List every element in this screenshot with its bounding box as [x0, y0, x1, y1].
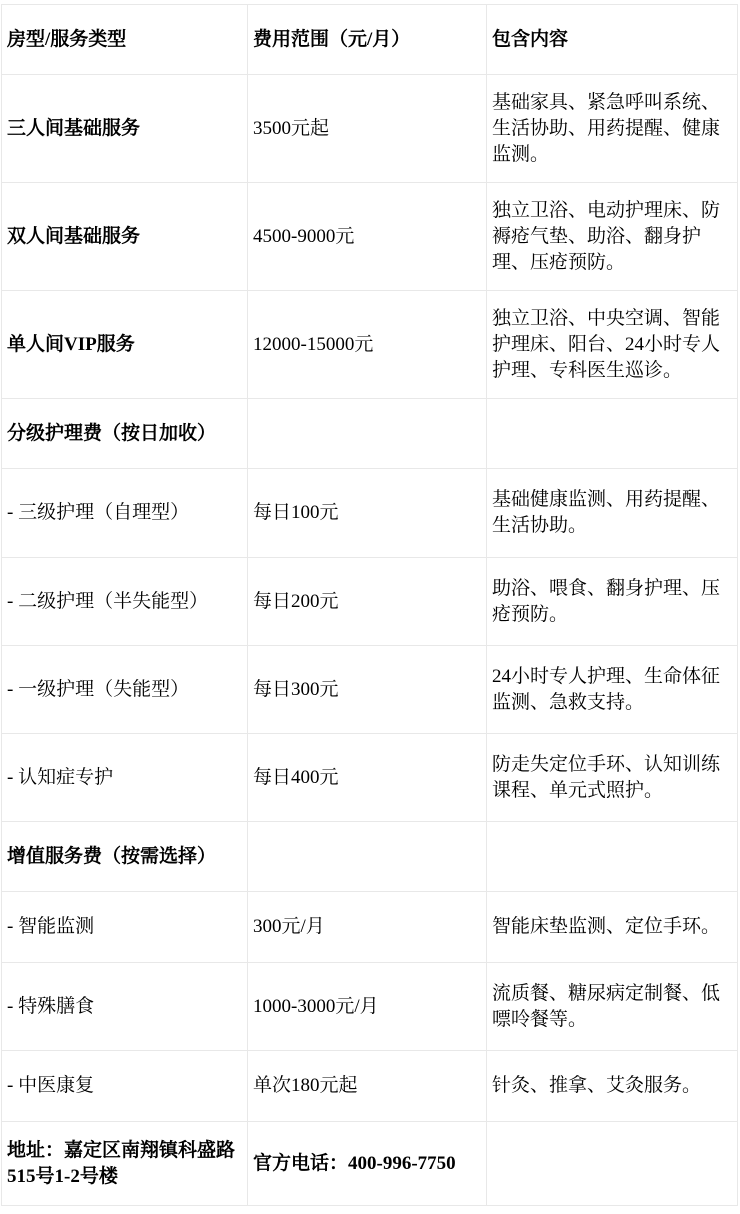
table-row: 三人间基础服务 3500元起 基础家具、紧急呼叫系统、生活协助、用药提醒、健康监… [2, 75, 738, 183]
room-type-cell: - 特殊膳食 [2, 963, 248, 1051]
content-cell: 防走失定位手环、认知训练课程、单元式照护。 [487, 734, 738, 822]
room-type-cell: - 一级护理（失能型） [2, 646, 248, 734]
table-row: 单人间VIP服务 12000-15000元 独立卫浴、中央空调、智能护理床、阳台… [2, 291, 738, 399]
table-row: - 特殊膳食 1000-3000元/月 流质餐、糖尿病定制餐、低嘌呤餐等。 [2, 963, 738, 1051]
price-cell: 每日300元 [248, 646, 487, 734]
header-price-range: 费用范围（元/月） [248, 5, 487, 75]
room-type-cell: - 三级护理（自理型） [2, 469, 248, 558]
content-cell [487, 399, 738, 469]
pricing-page: 房型/服务类型 费用范围（元/月） 包含内容 三人间基础服务 3500元起 基础… [0, 0, 740, 1214]
content-cell: 24小时专人护理、生命体征监测、急救支持。 [487, 646, 738, 734]
room-type-cell: - 认知症专护 [2, 734, 248, 822]
room-type-cell: 三人间基础服务 [2, 75, 248, 183]
content-cell: 独立卫浴、中央空调、智能护理床、阳台、24小时专人护理、专科医生巡诊。 [487, 291, 738, 399]
content-cell: 基础健康监测、用药提醒、生活协助。 [487, 469, 738, 558]
phone-cell: 官方电话：400-996-7750 [248, 1122, 487, 1206]
header-room-type: 房型/服务类型 [2, 5, 248, 75]
footer-row: 地址：嘉定区南翔镇科盛路515号1-2号楼 官方电话：400-996-7750 [2, 1122, 738, 1206]
price-cell [248, 399, 487, 469]
content-cell: 基础家具、紧急呼叫系统、生活协助、用药提醒、健康监测。 [487, 75, 738, 183]
room-type-cell: - 智能监测 [2, 892, 248, 963]
price-cell: 每日200元 [248, 558, 487, 646]
room-type-cell: - 二级护理（半失能型） [2, 558, 248, 646]
header-included-content: 包含内容 [487, 5, 738, 75]
table-header-row: 房型/服务类型 费用范围（元/月） 包含内容 [2, 5, 738, 75]
price-cell: 300元/月 [248, 892, 487, 963]
room-type-cell: - 中医康复 [2, 1051, 248, 1122]
content-cell [487, 1122, 738, 1206]
table-row: - 中医康复 单次180元起 针灸、推拿、艾灸服务。 [2, 1051, 738, 1122]
table-row: - 智能监测 300元/月 智能床垫监测、定位手环。 [2, 892, 738, 963]
price-cell: 12000-15000元 [248, 291, 487, 399]
table-row: 双人间基础服务 4500-9000元 独立卫浴、电动护理床、防褥疮气垫、助浴、翻… [2, 183, 738, 291]
content-cell: 流质餐、糖尿病定制餐、低嘌呤餐等。 [487, 963, 738, 1051]
price-cell: 每日400元 [248, 734, 487, 822]
content-cell: 智能床垫监测、定位手环。 [487, 892, 738, 963]
table-row: - 二级护理（半失能型） 每日200元 助浴、喂食、翻身护理、压疮预防。 [2, 558, 738, 646]
price-cell: 4500-9000元 [248, 183, 487, 291]
price-cell [248, 822, 487, 892]
content-cell [487, 822, 738, 892]
pricing-table: 房型/服务类型 费用范围（元/月） 包含内容 三人间基础服务 3500元起 基础… [1, 4, 738, 1206]
section-title-cell: 增值服务费（按需选择） [2, 822, 248, 892]
section-header-row: 分级护理费（按日加收） [2, 399, 738, 469]
section-header-row: 增值服务费（按需选择） [2, 822, 738, 892]
room-type-cell: 单人间VIP服务 [2, 291, 248, 399]
room-type-cell: 双人间基础服务 [2, 183, 248, 291]
section-title-cell: 分级护理费（按日加收） [2, 399, 248, 469]
table-row: - 认知症专护 每日400元 防走失定位手环、认知训练课程、单元式照护。 [2, 734, 738, 822]
table-row: - 三级护理（自理型） 每日100元 基础健康监测、用药提醒、生活协助。 [2, 469, 738, 558]
price-cell: 3500元起 [248, 75, 487, 183]
content-cell: 助浴、喂食、翻身护理、压疮预防。 [487, 558, 738, 646]
content-cell: 针灸、推拿、艾灸服务。 [487, 1051, 738, 1122]
address-cell: 地址：嘉定区南翔镇科盛路515号1-2号楼 [2, 1122, 248, 1206]
price-cell: 单次180元起 [248, 1051, 487, 1122]
content-cell: 独立卫浴、电动护理床、防褥疮气垫、助浴、翻身护理、压疮预防。 [487, 183, 738, 291]
price-cell: 每日100元 [248, 469, 487, 558]
price-cell: 1000-3000元/月 [248, 963, 487, 1051]
table-row: - 一级护理（失能型） 每日300元 24小时专人护理、生命体征监测、急救支持。 [2, 646, 738, 734]
